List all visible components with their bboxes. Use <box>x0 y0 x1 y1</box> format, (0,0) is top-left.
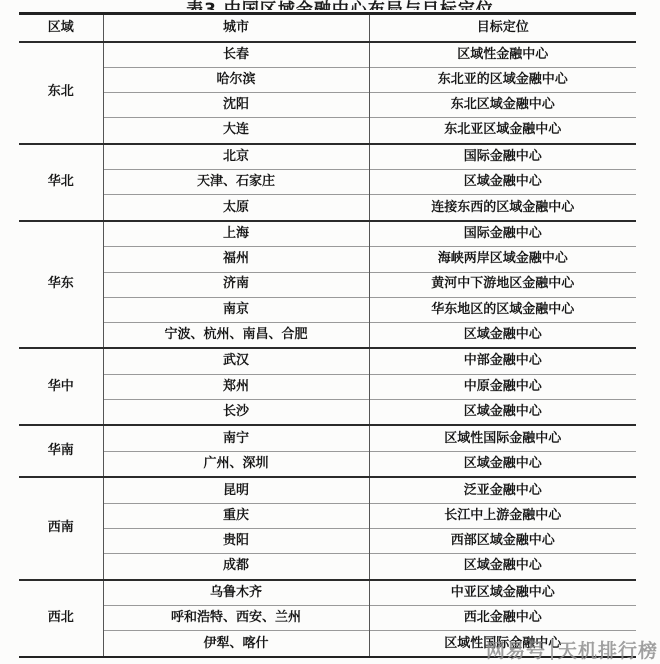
table-row: 呼和浩特、西安、兰州 西北金融中心 <box>19 606 636 631</box>
target-cell: 区域金融中心 <box>369 451 636 477</box>
city-cell: 长春 <box>103 42 369 68</box>
table-row: 华中 武汉 中部金融中心 <box>19 348 636 374</box>
target-cell: 东北亚的区域金融中心 <box>369 67 636 92</box>
table-row: 贵阳 西部区域金融中心 <box>19 529 636 554</box>
table-row: 济南 黄河中下游地区金融中心 <box>19 272 636 297</box>
target-cell: 区域金融中心 <box>369 170 636 195</box>
table-row: 宁波、杭州、南昌、合肥 区域金融中心 <box>19 322 636 348</box>
city-cell: 长沙 <box>103 399 369 425</box>
table-row: 成都 区域金融中心 <box>19 554 636 580</box>
target-cell: 区域金融中心 <box>369 322 636 348</box>
table-row: 伊犁、喀什 区域性国际金融中心 <box>19 631 636 657</box>
header-region: 区域 <box>19 14 103 42</box>
city-cell: 昆明 <box>103 477 369 503</box>
target-cell: 海峡两岸区域金融中心 <box>369 247 636 272</box>
city-cell: 伊犁、喀什 <box>103 631 369 657</box>
clipped-table-title: 表3 中国区域金融中心布局与目标定位 <box>150 0 530 10</box>
region-cell: 华北 <box>19 144 103 221</box>
header-city: 城市 <box>103 14 369 42</box>
city-cell: 济南 <box>103 272 369 297</box>
region-cell: 东北 <box>19 42 103 144</box>
table-row: 广州、深圳 区域金融中心 <box>19 451 636 477</box>
region-cell: 西北 <box>19 580 103 657</box>
table-row: 华东 上海 国际金融中心 <box>19 221 636 247</box>
target-cell: 国际金融中心 <box>369 144 636 170</box>
target-cell: 中部金融中心 <box>369 348 636 374</box>
city-cell: 哈尔滨 <box>103 67 369 92</box>
city-cell: 大连 <box>103 118 369 144</box>
target-cell: 东北亚区域金融中心 <box>369 118 636 144</box>
table-row: 太原 连接东西的区域金融中心 <box>19 195 636 221</box>
region-cell: 华东 <box>19 221 103 348</box>
target-cell: 连接东西的区域金融中心 <box>369 195 636 221</box>
city-cell: 南京 <box>103 297 369 322</box>
target-cell: 西部区域金融中心 <box>369 529 636 554</box>
city-cell: 福州 <box>103 247 369 272</box>
target-cell: 区域性国际金融中心 <box>369 425 636 451</box>
city-cell: 宁波、杭州、南昌、合肥 <box>103 322 369 348</box>
financial-centers-table: 区域 城市 目标定位 东北 长春 区域性金融中心 哈尔滨 东北亚的区域金融中心 … <box>19 12 636 658</box>
city-cell: 乌鲁木齐 <box>103 580 369 606</box>
table-row: 大连 东北亚区域金融中心 <box>19 118 636 144</box>
table-header-row: 区域 城市 目标定位 <box>19 14 636 42</box>
target-cell: 中原金融中心 <box>369 374 636 399</box>
city-cell: 贵阳 <box>103 529 369 554</box>
table-row: 重庆 长江中上游金融中心 <box>19 503 636 528</box>
target-cell: 东北区域金融中心 <box>369 93 636 118</box>
city-cell: 北京 <box>103 144 369 170</box>
target-cell: 华东地区的区域金融中心 <box>369 297 636 322</box>
city-cell: 上海 <box>103 221 369 247</box>
target-cell: 西北金融中心 <box>369 606 636 631</box>
table-row: 南京 华东地区的区域金融中心 <box>19 297 636 322</box>
target-cell: 区域金融中心 <box>369 399 636 425</box>
target-cell: 国际金融中心 <box>369 221 636 247</box>
city-cell: 成都 <box>103 554 369 580</box>
table-row: 天津、石家庄 区域金融中心 <box>19 170 636 195</box>
target-cell: 长江中上游金融中心 <box>369 503 636 528</box>
region-cell: 华南 <box>19 425 103 477</box>
target-cell: 区域金融中心 <box>369 554 636 580</box>
city-cell: 重庆 <box>103 503 369 528</box>
city-cell: 呼和浩特、西安、兰州 <box>103 606 369 631</box>
city-cell: 郑州 <box>103 374 369 399</box>
table-row: 西南 昆明 泛亚金融中心 <box>19 477 636 503</box>
region-cell: 华中 <box>19 348 103 425</box>
table-row: 郑州 中原金融中心 <box>19 374 636 399</box>
region-cell: 西南 <box>19 477 103 579</box>
table-row: 华北 北京 国际金融中心 <box>19 144 636 170</box>
table-row: 哈尔滨 东北亚的区域金融中心 <box>19 67 636 92</box>
target-cell: 区域性金融中心 <box>369 42 636 68</box>
city-cell: 广州、深圳 <box>103 451 369 477</box>
target-cell: 黄河中下游地区金融中心 <box>369 272 636 297</box>
city-cell: 沈阳 <box>103 93 369 118</box>
table-row: 西北 乌鲁木齐 中亚区域金融中心 <box>19 580 636 606</box>
table-row: 东北 长春 区域性金融中心 <box>19 42 636 68</box>
city-cell: 南宁 <box>103 425 369 451</box>
target-cell: 区域性国际金融中心 <box>369 631 636 657</box>
table-row: 福州 海峡两岸区域金融中心 <box>19 247 636 272</box>
target-cell: 泛亚金融中心 <box>369 477 636 503</box>
header-target: 目标定位 <box>369 14 636 42</box>
city-cell: 天津、石家庄 <box>103 170 369 195</box>
clipped-table-title-text: 表3 中国区域金融中心布局与目标定位 <box>186 2 494 10</box>
table-row: 沈阳 东北区域金融中心 <box>19 93 636 118</box>
target-cell: 中亚区域金融中心 <box>369 580 636 606</box>
table-row: 长沙 区域金融中心 <box>19 399 636 425</box>
city-cell: 武汉 <box>103 348 369 374</box>
table-row: 华南 南宁 区域性国际金融中心 <box>19 425 636 451</box>
city-cell: 太原 <box>103 195 369 221</box>
